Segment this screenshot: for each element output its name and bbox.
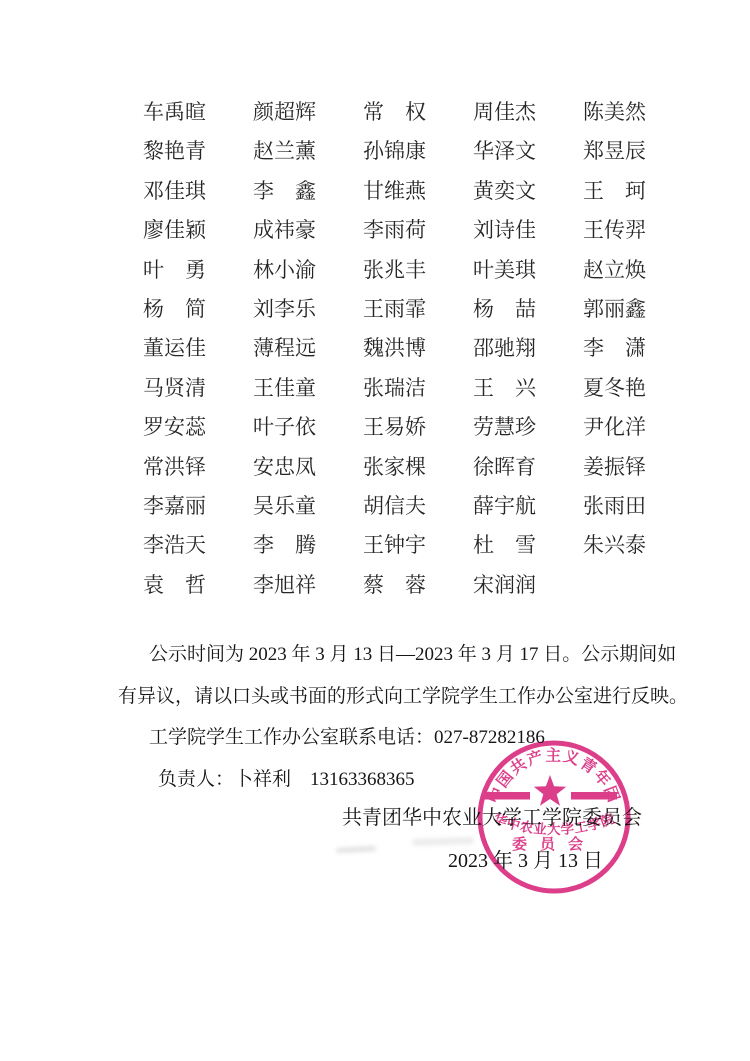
name-cell: 李 腾 [253, 526, 363, 565]
name-cell: 赵兰薰 [253, 132, 363, 171]
name-cell: 张家棵 [363, 448, 473, 487]
name-cell: 徐晖育 [473, 448, 583, 487]
name-cell: 王易娇 [363, 408, 473, 447]
name-cell: 张雨田 [583, 487, 693, 526]
scan-smudge [336, 846, 376, 853]
name-cell: 李 鑫 [253, 172, 363, 211]
name-cell: 刘诗佳 [473, 211, 583, 250]
name-cell: 魏洪博 [363, 329, 473, 368]
name-cell: 李浩天 [143, 526, 253, 565]
name-cell: 王 兴 [473, 369, 583, 408]
name-cell: 李雨荷 [363, 211, 473, 250]
name-cell: 林小渝 [253, 251, 363, 290]
name-cell: 李嘉丽 [143, 487, 253, 526]
name-cell: 胡信夫 [363, 487, 473, 526]
name-cell: 黄奕文 [473, 172, 583, 211]
name-cell: 董运佳 [143, 329, 253, 368]
name-cell: 甘维燕 [363, 172, 473, 211]
name-cell: 孙锦康 [363, 132, 473, 171]
name-cell: 刘李乐 [253, 290, 363, 329]
name-cell: 罗安蕊 [143, 408, 253, 447]
signature-organization: 共青团华中农业大学工学院委员会 [342, 806, 642, 830]
notice-line: 公示时间为 2023 年 3 月 13 日—2023 年 3 月 17 日。公示… [118, 634, 664, 676]
name-cell: 吴乐童 [253, 487, 363, 526]
name-cell: 杜 雪 [473, 526, 583, 565]
notice-line: 有异议，请以口头或书面的形式向工学院学生工作办公室进行反映。 [118, 676, 664, 718]
signature-date: 2023 年 3 月 13 日 [448, 849, 603, 873]
name-cell: 华泽文 [473, 132, 583, 171]
name-cell: 周佳杰 [473, 93, 583, 132]
name-cell: 成祎豪 [253, 211, 363, 250]
name-cell: 袁 哲 [143, 566, 253, 605]
name-cell: 朱兴泰 [583, 526, 693, 565]
name-cell: 夏冬艳 [583, 369, 693, 408]
name-cell: 叶美琪 [473, 251, 583, 290]
name-cell: 郭丽鑫 [583, 290, 693, 329]
name-cell: 王钟宇 [363, 526, 473, 565]
name-cell: 王佳童 [253, 369, 363, 408]
name-cell: 李旭祥 [253, 566, 363, 605]
name-cell: 张兆丰 [363, 251, 473, 290]
name-cell: 张瑞洁 [363, 369, 473, 408]
name-cell: 邓佳琪 [143, 172, 253, 211]
name-cell: 常洪铎 [143, 448, 253, 487]
notice-body: 公示时间为 2023 年 3 月 13 日—2023 年 3 月 17 日。公示… [118, 634, 664, 800]
name-cell: 邵驰翔 [473, 329, 583, 368]
name-cell: 廖佳颖 [143, 211, 253, 250]
name-cell: 叶 勇 [143, 251, 253, 290]
name-cell: 安忠凤 [253, 448, 363, 487]
name-cell: 尹化洋 [583, 408, 693, 447]
name-cell: 宋润润 [473, 566, 583, 605]
name-cell: 赵立焕 [583, 251, 693, 290]
name-cell: 马贤清 [143, 369, 253, 408]
name-cell: 颜超辉 [253, 93, 363, 132]
name-cell: 郑昱辰 [583, 132, 693, 171]
name-cell: 杨 喆 [473, 290, 583, 329]
name-cell: 姜振铎 [583, 448, 693, 487]
name-cell: 黎艳青 [143, 132, 253, 171]
name-cell: 蔡 蓉 [363, 566, 473, 605]
scan-smudge [412, 837, 474, 846]
name-cell: 王传羿 [583, 211, 693, 250]
name-cell: 劳慧珍 [473, 408, 583, 447]
contact-phone-line: 工学院学生工作办公室联系电话：027-87282186 [118, 717, 664, 759]
name-cell: 常 权 [363, 93, 473, 132]
name-cell: 王 珂 [583, 172, 693, 211]
responsible-person-line: 负责人：卜祥利 13163368365 [118, 759, 664, 801]
name-cell: 王雨霏 [363, 290, 473, 329]
name-cell [583, 566, 693, 605]
name-cell: 叶子依 [253, 408, 363, 447]
name-table: 车禹暄颜超辉常 权周佳杰陈美然黎艳青赵兰薰孙锦康华泽文郑昱辰邓佳琪李 鑫甘维燕黄… [143, 93, 693, 605]
name-cell: 李 潇 [583, 329, 693, 368]
name-cell: 薛宇航 [473, 487, 583, 526]
name-cell: 陈美然 [583, 93, 693, 132]
name-cell: 杨 简 [143, 290, 253, 329]
notice-document-page: 车禹暄颜超辉常 权周佳杰陈美然黎艳青赵兰薰孙锦康华泽文郑昱辰邓佳琪李 鑫甘维燕黄… [0, 0, 750, 1061]
name-cell: 车禹暄 [143, 93, 253, 132]
name-cell: 薄程远 [253, 329, 363, 368]
